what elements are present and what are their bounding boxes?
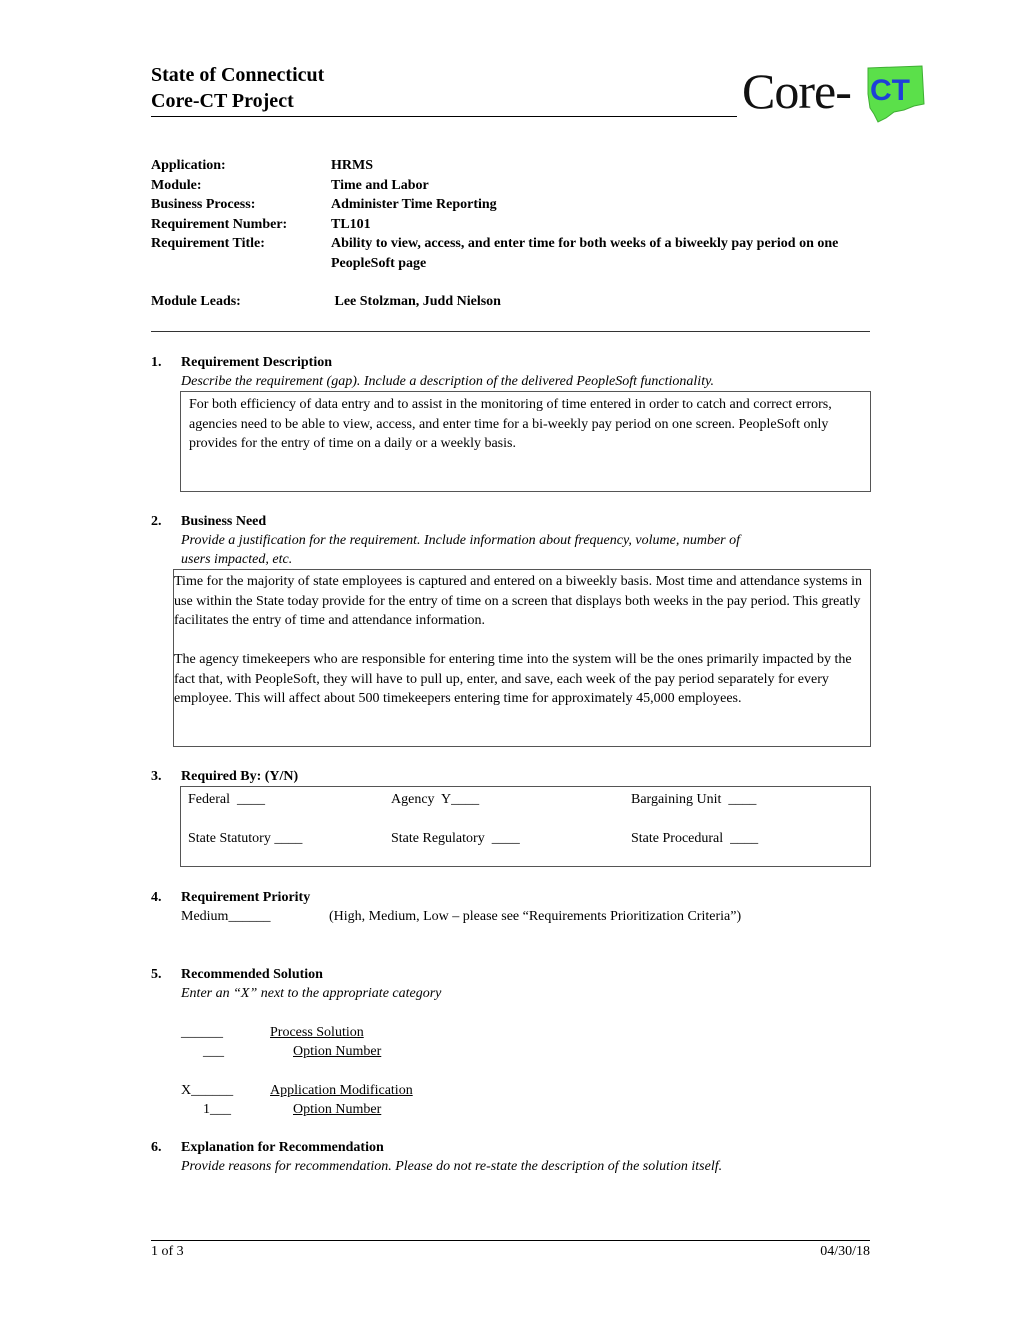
section-title: Requirement Priority — [181, 888, 310, 908]
section-number: 2. — [151, 512, 162, 532]
meta-label: Application: — [151, 156, 331, 176]
logo-text: Core- — [742, 62, 851, 120]
required-by-box: Federal ____ Agency Y____ Bargaining Uni… — [180, 786, 871, 867]
required-by-state-statutory[interactable]: State Statutory ____ — [188, 829, 302, 849]
meta-row-module-leads: Module Leads: Lee Stolzman, Judd Nielson — [151, 292, 861, 312]
section-number: 6. — [151, 1138, 162, 1158]
meta-row-business-process: Business Process: Administer Time Report… — [151, 195, 861, 215]
required-by-federal[interactable]: Federal ____ — [188, 790, 265, 810]
header-title-project: Core-CT Project — [151, 88, 294, 114]
application-modification-mark[interactable]: X______ — [181, 1081, 233, 1101]
priority-note: (High, Medium, Low – please see “Require… — [329, 907, 741, 927]
section-number: 3. — [151, 767, 162, 787]
section-number: 5. — [151, 965, 162, 985]
section-divider — [151, 331, 870, 332]
footer-divider — [151, 1240, 870, 1241]
application-modification-option-mark[interactable]: 1___ — [203, 1100, 231, 1120]
business-need-box: Time for the majority of state employees… — [173, 569, 871, 747]
meta-label: Module: — [151, 176, 331, 196]
priority-value[interactable]: Medium______ — [181, 907, 270, 927]
process-solution-mark[interactable]: ______ — [181, 1023, 223, 1043]
application-modification-link[interactable]: Application Modification — [270, 1081, 413, 1101]
page-number: 1 of 3 — [151, 1244, 184, 1260]
meta-row-application: Application: HRMS — [151, 156, 861, 176]
meta-label: Requirement Number: — [151, 215, 331, 235]
logo-ct-text: CT — [870, 74, 910, 107]
section-title: Requirement Description — [181, 353, 332, 373]
meta-row-requirement-title: Requirement Title: Ability to view, acce… — [151, 234, 861, 273]
section-hint: users impacted, etc. — [181, 550, 292, 570]
requirement-description-text: For both efficiency of data entry and to… — [189, 395, 862, 454]
meta-value: HRMS — [331, 156, 861, 176]
meta-row-module: Module: Time and Labor — [151, 176, 861, 196]
meta-value: Ability to view, access, and enter time … — [331, 234, 861, 273]
document-metadata: Application: HRMS Module: Time and Labor… — [151, 156, 861, 312]
process-solution-option-mark[interactable]: ___ — [203, 1042, 224, 1062]
meta-value: Lee Stolzman, Judd Nielson — [331, 292, 861, 312]
meta-value: TL101 — [331, 215, 861, 235]
section-hint: Enter an “X” next to the appropriate cat… — [181, 984, 441, 1004]
required-by-agency[interactable]: Agency Y____ — [391, 790, 479, 810]
required-by-state-regulatory[interactable]: State Regulatory ____ — [391, 829, 520, 849]
required-by-bargaining-unit[interactable]: Bargaining Unit ____ — [631, 790, 756, 810]
meta-row-requirement-number: Requirement Number: TL101 — [151, 215, 861, 235]
core-ct-logo: Core- CT — [742, 62, 927, 124]
meta-value: Administer Time Reporting — [331, 195, 861, 215]
process-solution-option-number-link[interactable]: Option Number — [293, 1042, 381, 1062]
requirement-description-box: For both efficiency of data entry and to… — [180, 391, 871, 492]
section-title: Required By: (Y/N) — [181, 767, 298, 787]
business-need-paragraph: Time for the majority of state employees… — [174, 572, 870, 631]
process-solution-link[interactable]: Process Solution — [270, 1023, 364, 1043]
application-modification-option-number-link[interactable]: Option Number — [293, 1100, 381, 1120]
header-divider — [151, 116, 737, 117]
business-need-paragraph: The agency timekeepers who are responsib… — [174, 650, 870, 709]
header-title-state: State of Connecticut — [151, 62, 324, 88]
section-recommended-solution: 5. Recommended Solution Enter an “X” nex… — [151, 965, 870, 1125]
connecticut-state-map-icon: CT — [864, 64, 926, 124]
section-hint: Provide a justification for the requirem… — [181, 531, 740, 551]
footer-date: 04/30/18 — [820, 1244, 870, 1260]
section-number: 1. — [151, 353, 162, 373]
meta-label: Requirement Title: — [151, 234, 331, 273]
section-hint: Provide reasons for recommendation. Plea… — [181, 1157, 722, 1177]
meta-value: Time and Labor — [331, 176, 861, 196]
section-title: Business Need — [181, 512, 266, 532]
required-by-state-procedural[interactable]: State Procedural ____ — [631, 829, 758, 849]
section-title: Explanation for Recommendation — [181, 1138, 384, 1158]
meta-label: Business Process: — [151, 195, 331, 215]
section-hint: Describe the requirement (gap). Include … — [181, 372, 714, 392]
meta-label: Module Leads: — [151, 292, 331, 312]
section-number: 4. — [151, 888, 162, 908]
section-title: Recommended Solution — [181, 965, 323, 985]
